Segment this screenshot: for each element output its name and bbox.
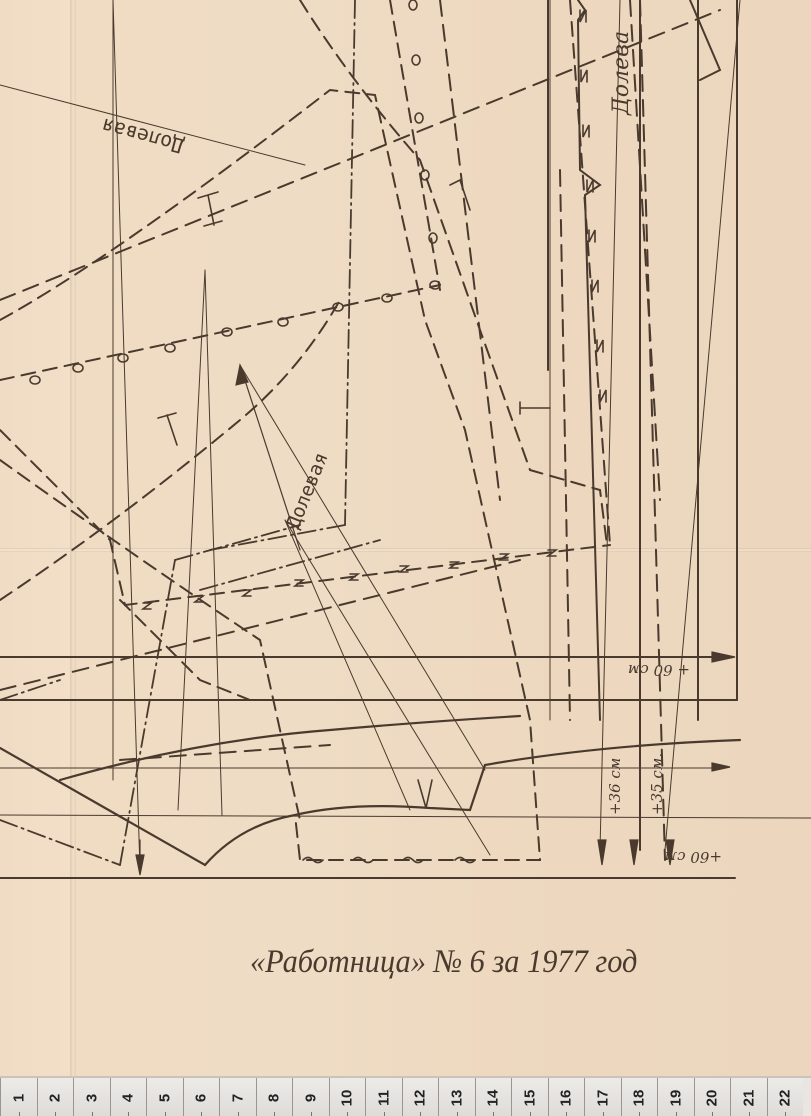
ruler-tick: 21: [730, 1078, 767, 1116]
ruler-tick-label: 21: [740, 1090, 757, 1107]
ruler-tick-label: 11: [375, 1090, 392, 1106]
notch-marks: [158, 180, 550, 808]
ruler-tick: 13: [438, 1078, 475, 1116]
ruler-tick: 20: [694, 1078, 731, 1116]
ruler-tick-label: 16: [558, 1090, 575, 1107]
ruler-tick-label: 12: [412, 1090, 429, 1107]
measuring-ruler: 1 2 3 4 5 6 7 8 9 10 11 12 13 14 15 16 1…: [0, 1076, 811, 1116]
ruler-tick: 17: [584, 1078, 621, 1116]
extension-note-plus36: +36 см: [606, 758, 624, 815]
grainline-arrows: [136, 365, 735, 875]
ruler-tick-label: 20: [704, 1090, 721, 1107]
ruler-tick: 19: [657, 1078, 694, 1116]
magazine-caption: «Работница» № 6 за 1977 год: [250, 944, 673, 981]
ruler-tick: 15: [511, 1078, 548, 1116]
seam-marks: [143, 10, 606, 863]
circle-markers: [30, 0, 440, 384]
ruler-tick-label: 8: [266, 1094, 283, 1102]
hem-curves: [0, 716, 740, 865]
ruler-tick: 22: [767, 1078, 804, 1116]
ruler-tick: 5: [146, 1078, 183, 1116]
ruler-tick-label: 15: [521, 1090, 538, 1107]
ruler-tick-label: 1: [10, 1094, 27, 1102]
extension-note-bottom-plus60: +60 см: [665, 848, 722, 866]
ruler-tick-label: 6: [193, 1094, 210, 1102]
ruler-tick: 8: [256, 1078, 293, 1116]
ruler-tick-label: 18: [631, 1090, 648, 1107]
ruler-tick-label: 14: [485, 1090, 502, 1107]
ruler-tick: 6: [183, 1078, 220, 1116]
ruler-tick-label: 9: [302, 1094, 319, 1102]
ruler-tick-label: 19: [667, 1090, 684, 1107]
ruler-tick-label: 17: [594, 1090, 611, 1107]
ruler-tick: 9: [292, 1078, 329, 1116]
ruler-tick-label: 7: [229, 1094, 246, 1102]
marked-lines: [0, 0, 610, 860]
ruler-tick-label: 5: [156, 1094, 173, 1102]
extension-note-plus35: +35 см.: [648, 753, 666, 815]
ruler-tick-label: 2: [47, 1094, 64, 1102]
ruler-tick-label: 4: [120, 1094, 137, 1102]
ruler-tick: 10: [329, 1078, 366, 1116]
ruler-tick-label: 22: [777, 1090, 794, 1107]
ruler-tick-label: 10: [339, 1090, 356, 1107]
dash-dot-lines: [0, 0, 380, 865]
ruler-tick: 14: [475, 1078, 512, 1116]
ruler-tick: 16: [548, 1078, 585, 1116]
ruler-tick: 18: [621, 1078, 658, 1116]
pattern-drawing: Долевая Долевая Долева + 60 см +36 см +3…: [0, 0, 811, 1076]
extension-note-top-plus60: + 60 см: [628, 661, 690, 679]
ruler-tick: 12: [402, 1078, 439, 1116]
ruler-tick-label: 3: [83, 1094, 100, 1102]
ruler-tick-label: 13: [448, 1090, 465, 1107]
ruler-tick: 1: [0, 1078, 37, 1116]
grainline-label-center: Долевая: [282, 449, 332, 531]
ruler-tick: 4: [110, 1078, 147, 1116]
grainline-label-top-left: Долевая: [99, 113, 187, 158]
ruler-tick: 7: [219, 1078, 256, 1116]
ruler-tick: 2: [37, 1078, 74, 1116]
ruler-tick: 3: [73, 1078, 110, 1116]
grainline-label-top-right: Долева: [609, 31, 634, 116]
ruler-tick: 11: [365, 1078, 402, 1116]
